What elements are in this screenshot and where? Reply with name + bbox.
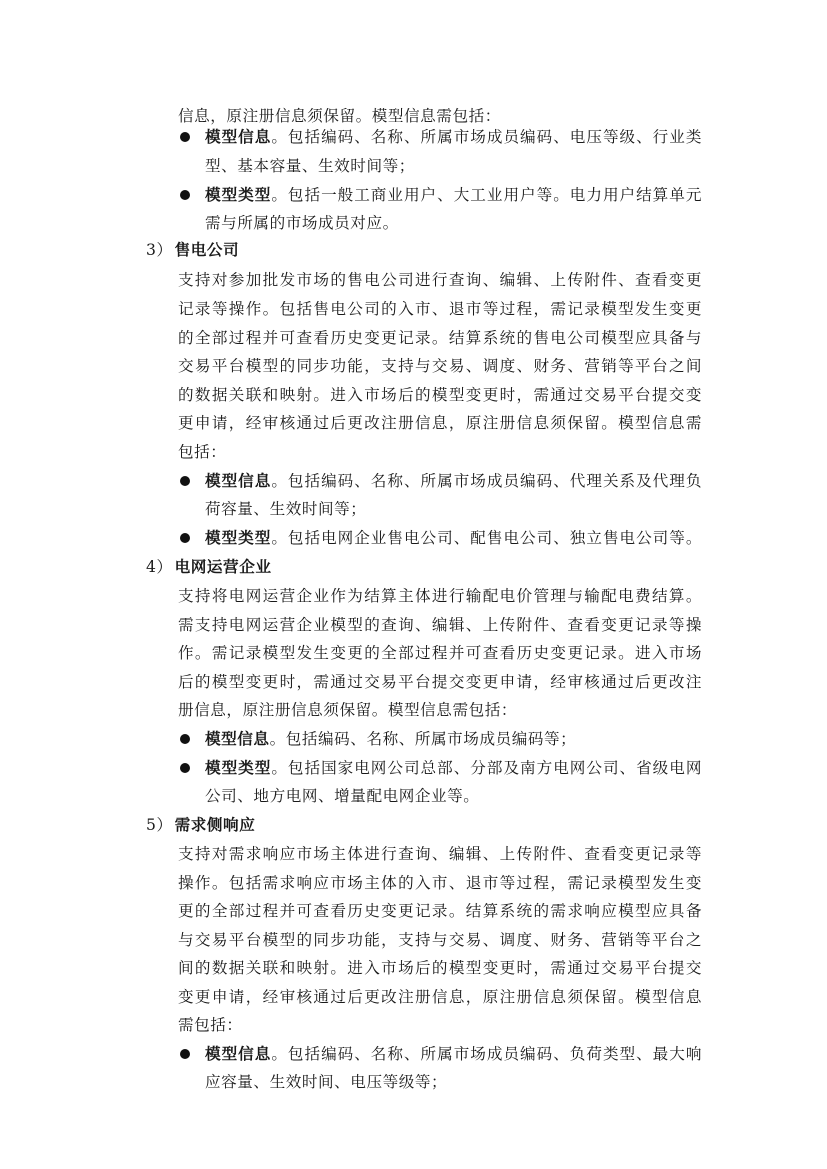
paragraph-line: 变更申请，经审核通过后更改注册信息，原注册信息须保留。模型信息 xyxy=(178,983,702,1011)
bullet-item: 模型信息。包括编码、名称、所属市场成员编码、负荷类型、最大响 xyxy=(205,1040,702,1068)
document-page: 信息，原注册信息须保留。模型信息需包括： 模型信息。包括编码、名称、所属市场成员… xyxy=(0,0,827,1169)
paragraph-line: 支持将电网运营企业作为结算主体进行输配电价管理与输配电费结算。 xyxy=(178,582,702,610)
bullet-item: 模型类型。包括一般工商业用户、大工业用户等。电力用户结算单元 xyxy=(205,181,702,209)
bullet-label: 模型信息 xyxy=(205,128,271,146)
bullet-item: 模型类型。包括国家电网公司总部、分部及南方电网公司、省级电网 xyxy=(205,754,702,782)
bullet-continuation: 公司、地方电网、增量配电网企业等。 xyxy=(205,782,702,810)
paragraph-line: 需支持电网运营企业模型的查询、编辑、上传附件、查看变更记录等操 xyxy=(178,611,702,639)
paragraph-line: 包括： xyxy=(178,438,702,466)
bullet-icon xyxy=(180,533,190,543)
bullet-icon xyxy=(180,763,190,773)
bullet-icon xyxy=(180,132,190,142)
paragraph-line: 作。需记录模型发生变更的全部过程并可查看历史变更记录。进入市场 xyxy=(178,639,702,667)
bullet-label: 模型信息 xyxy=(205,1045,271,1063)
paragraph-line: 间的数据关联和映射。进入市场后的模型变更时，需通过交易平台提交 xyxy=(178,954,702,982)
bullet-label: 模型信息 xyxy=(205,730,270,748)
section-heading: 4）电网运营企业 xyxy=(146,553,670,581)
bullet-icon xyxy=(180,734,190,744)
bullet-item: 模型类型。包括电网企业售电公司、配售电公司、独立售电公司等。 xyxy=(205,524,702,552)
bullet-continuation: 应容量、生效时间、电压等级等； xyxy=(205,1068,702,1096)
paragraph-line: 操作。包括需求响应市场主体的入市、退市等过程，需记录模型发生变 xyxy=(178,869,702,897)
paragraph-line: 的数据关联和映射。进入市场后的模型变更时，需通过交易平台提交变 xyxy=(178,381,702,409)
bullet-item: 模型信息。包括编码、名称、所属市场成员编码、电压等级、行业类 xyxy=(205,123,702,151)
paragraph-line: 册信息，原注册信息须保留。模型信息需包括： xyxy=(178,696,702,724)
paragraph-line: 更的全部过程并可查看历史变更记录。结算系统的需求响应模型应具备 xyxy=(178,897,702,925)
bullet-continuation: 型、基本容量、生效时间等； xyxy=(205,152,702,180)
bullet-icon xyxy=(180,476,190,486)
bullet-label: 模型类型 xyxy=(205,186,271,204)
paragraph-line: 支持对参加批发市场的售电公司进行查询、编辑、上传附件、查看变更 xyxy=(178,266,702,294)
section-heading: 5）需求侧响应 xyxy=(146,811,670,839)
bullet-label: 模型信息 xyxy=(205,472,271,490)
bullet-continuation: 需与所属的市场成员对应。 xyxy=(205,209,702,237)
paragraph-line: 的全部过程并可查看历史变更记录。结算系统的售电公司模型应具备与 xyxy=(178,324,702,352)
paragraph-line: 记录等操作。包括售电公司的入市、退市等过程，需记录模型发生变更 xyxy=(178,295,702,323)
bullet-label: 模型类型 xyxy=(205,759,271,777)
paragraph-line: 交易平台模型的同步功能，支持与交易、调度、财务、营销等平台之间 xyxy=(178,352,702,380)
section-heading: 3）售电公司 xyxy=(146,236,670,264)
bullet-item: 模型信息。包括编码、名称、所属市场成员编码等； xyxy=(205,725,702,753)
paragraph-line: 更申请，经审核通过后更改注册信息，原注册信息须保留。模型信息需 xyxy=(178,409,702,437)
bullet-continuation: 荷容量、生效时间等； xyxy=(205,495,702,523)
paragraph-line: 与交易平台模型的同步功能，支持与交易、调度、财务、营销等平台之 xyxy=(178,926,702,954)
bullet-icon xyxy=(180,1049,190,1059)
paragraph-line: 后的模型变更时，需通过交易平台提交变更申请，经审核通过后更改注 xyxy=(178,668,702,696)
bullet-icon xyxy=(180,190,190,200)
paragraph-line: 需包括： xyxy=(178,1011,702,1039)
paragraph-line: 支持对需求响应市场主体进行查询、编辑、上传附件、查看变更记录等 xyxy=(178,840,702,868)
bullet-label: 模型类型 xyxy=(205,529,271,547)
bullet-item: 模型信息。包括编码、名称、所属市场成员编码、代理关系及代理负 xyxy=(205,467,702,495)
